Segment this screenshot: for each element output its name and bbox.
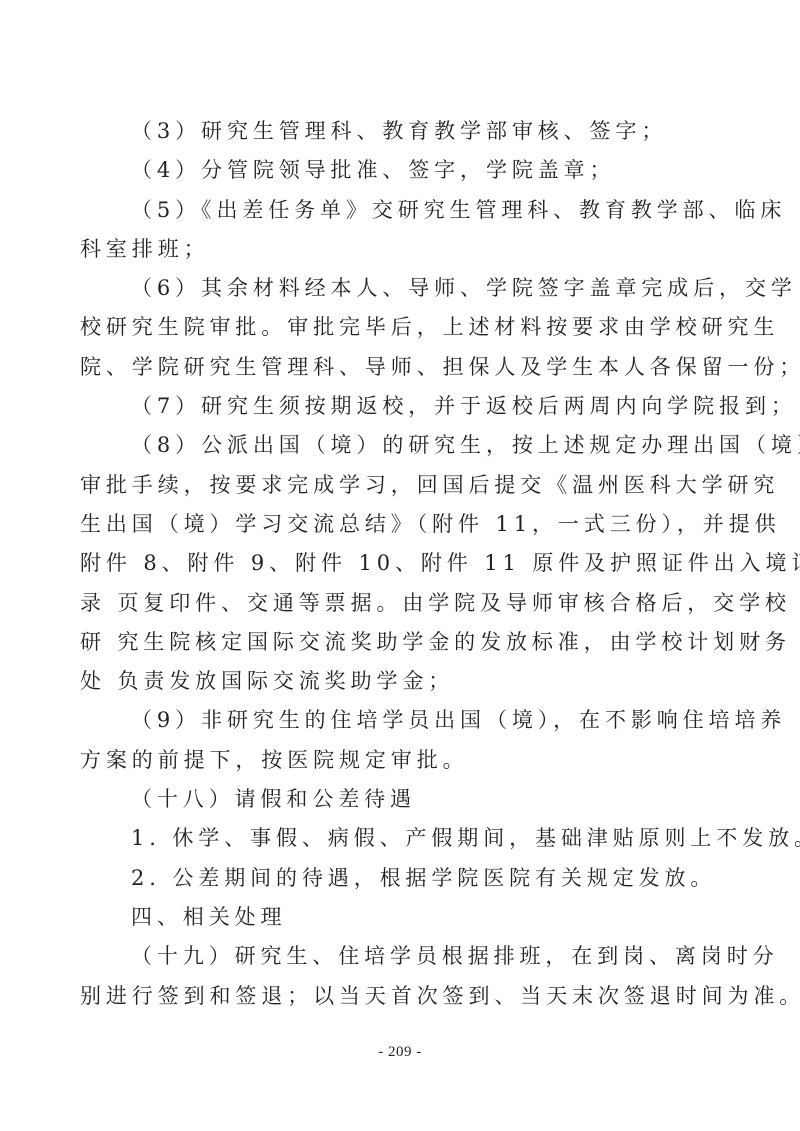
- section-heading-19: （十九）研究生、住培学员根据排班，在到岗、离岗时分: [80, 937, 690, 976]
- text-line-item-8-cont-4: 录 页复印件、交通等票据。由学院及导师审核合格后，交学校: [80, 584, 690, 623]
- text-line-item-8-cont-5: 研 究生院核定国际交流奖助学金的发放标准，由学校计划财务: [80, 623, 690, 662]
- text-line-item-8-cont-2: 生出国（境）学习交流总结》（附件 11，一式三份），并提供: [80, 505, 690, 544]
- text-line-item-8-cont-1: 审批手续，按要求完成学习，回国后提交《温州医科大学研究: [80, 466, 690, 505]
- text-line-item-6-cont-2: 院、学院研究生管理科、导师、担保人及学生本人各保留一份；: [80, 348, 690, 387]
- page-number: - 209 -: [0, 1044, 800, 1061]
- text-line-item-9: （9）非研究生的住培学员出国（境），在不影响住培培养: [80, 701, 690, 740]
- text-line-item-8-cont-6: 处 负责发放国际交流奖助学金；: [80, 662, 690, 701]
- text-line-18-1: 1. 休学、事假、病假、产假期间，基础津贴原则上不发放。: [80, 819, 690, 858]
- document-page: （3）研究生管理科、教育教学部审核、签字； （4）分管院领导批准、签字，学院盖章…: [0, 0, 800, 1131]
- text-line-item-8-cont-3: 附件 8、附件 9、附件 10、附件 11 原件及护照证件出入境记: [80, 544, 690, 583]
- text-line-18-2: 2. 公差期间的待遇，根据学院医院有关规定发放。: [80, 859, 690, 898]
- text-line-19-cont: 别进行签到和签退；以当天首次签到、当天末次签退时间为准。: [80, 977, 690, 1016]
- text-line-item-7: （7）研究生须按期返校，并于返校后两周内向学院报到；: [80, 387, 690, 426]
- section-heading-18: （十八）请假和公差待遇: [80, 780, 690, 819]
- document-body: （3）研究生管理科、教育教学部审核、签字； （4）分管院领导批准、签字，学院盖章…: [80, 112, 690, 1016]
- text-line-item-9-cont: 方案的前提下，按医院规定审批。: [80, 741, 690, 780]
- text-line-item-6-cont-1: 校研究生院审批。审批完毕后，上述材料按要求由学校研究生: [80, 308, 690, 347]
- text-line-item-5: （5）《出差任务单》交研究生管理科、教育教学部、临床: [80, 191, 690, 230]
- text-line-item-4: （4）分管院领导批准、签字，学院盖章；: [80, 151, 690, 190]
- text-line-item-5-cont: 科室排班；: [80, 230, 690, 269]
- text-line-item-8: （8）公派出国（境）的研究生，按上述规定办理出国（境）: [80, 426, 690, 465]
- text-line-item-6: （6）其余材料经本人、导师、学院签字盖章完成后，交学: [80, 269, 690, 308]
- text-line-item-3: （3）研究生管理科、教育教学部审核、签字；: [80, 112, 690, 151]
- chapter-heading-4: 四、相关处理: [80, 898, 690, 937]
